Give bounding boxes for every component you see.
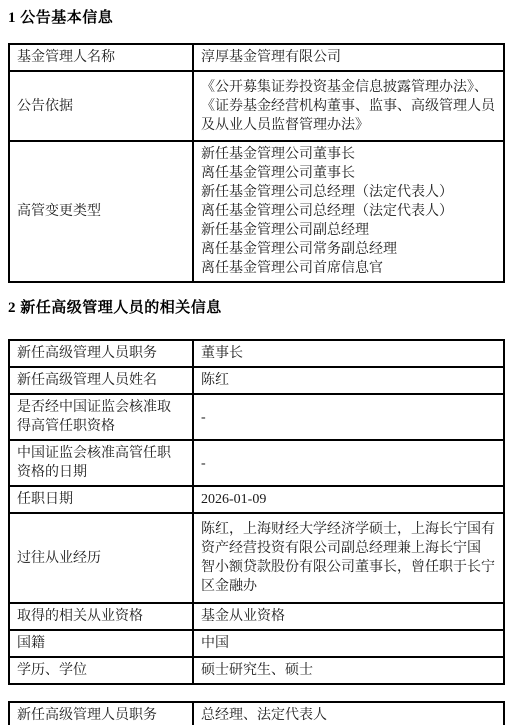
- table-row: 高管变更类型 新任基金管理公司董事长 离任基金管理公司董事长 新任基金管理公司总…: [9, 141, 504, 282]
- table-row: 学历、学位 硕士研究生、硕士: [9, 657, 504, 684]
- row-label-position: 新任高级管理人员职务: [9, 340, 193, 367]
- row-value-name: 陈红: [193, 367, 504, 394]
- row-label-work-experience: 过往从业经历: [9, 513, 193, 603]
- table-row: 新任高级管理人员职务 董事长: [9, 340, 504, 367]
- announcement-basic-info-table: 基金管理人名称 淳厚基金管理有限公司 公告依据 《公开募集证券投资基金信息披露管…: [8, 43, 505, 283]
- row-label-csrc-approval-date: 中国证监会核准高管任职 资格的日期: [9, 440, 193, 486]
- table-row: 中国证监会核准高管任职 资格的日期 -: [9, 440, 504, 486]
- table-row: 取得的相关从业资格 基金从业资格: [9, 603, 504, 630]
- table-row: 基金管理人名称 淳厚基金管理有限公司: [9, 44, 504, 71]
- second-new-executive-info-table: 新任高级管理人员职务 总经理、法定代表人: [8, 701, 505, 725]
- row-label-position-2: 新任高级管理人员职务: [9, 702, 193, 725]
- section-1-heading: 1 公告基本信息: [8, 10, 503, 27]
- table-row: 新任高级管理人员职务 总经理、法定代表人: [9, 702, 504, 725]
- section-2-heading: 2 新任高级管理人员的相关信息: [8, 300, 503, 317]
- row-value-position-2: 总经理、法定代表人: [193, 702, 504, 725]
- row-value-position: 董事长: [193, 340, 504, 367]
- row-value-nationality: 中国: [193, 630, 504, 657]
- row-label-fund-manager-name: 基金管理人名称: [9, 44, 193, 71]
- table-row: 过往从业经历 陈红，上海财经大学经济学硕士，上海长宁国有 资产经营投资有限公司副…: [9, 513, 504, 603]
- row-label-appointment-date: 任职日期: [9, 486, 193, 513]
- table-row: 国籍 中国: [9, 630, 504, 657]
- row-value-csrc-approval-date: -: [193, 440, 504, 486]
- row-value-csrc-approved: -: [193, 394, 504, 440]
- row-value-qualifications: 基金从业资格: [193, 603, 504, 630]
- row-label-executive-change-type: 高管变更类型: [9, 141, 193, 282]
- row-label-announcement-basis: 公告依据: [9, 71, 193, 141]
- document-page: 1 公告基本信息 基金管理人名称 淳厚基金管理有限公司 公告依据 《公开募集证券…: [0, 0, 512, 725]
- table-row: 是否经中国证监会核准取 得高管任职资格 -: [9, 394, 504, 440]
- row-value-executive-change-type: 新任基金管理公司董事长 离任基金管理公司董事长 新任基金管理公司总经理（法定代表…: [193, 141, 504, 282]
- row-value-announcement-basis: 《公开募集证券投资基金信息披露管理办法》、 《证券基金经营机构董事、监事、高级管…: [193, 71, 504, 141]
- row-value-appointment-date: 2026-01-09: [193, 486, 504, 513]
- table-row: 任职日期 2026-01-09: [9, 486, 504, 513]
- new-executive-info-table: 新任高级管理人员职务 董事长 新任高级管理人员姓名 陈红 是否经中国证监会核准取…: [8, 339, 505, 685]
- row-label-qualifications: 取得的相关从业资格: [9, 603, 193, 630]
- row-value-education: 硕士研究生、硕士: [193, 657, 504, 684]
- row-label-name: 新任高级管理人员姓名: [9, 367, 193, 394]
- row-label-education: 学历、学位: [9, 657, 193, 684]
- row-label-csrc-approved: 是否经中国证监会核准取 得高管任职资格: [9, 394, 193, 440]
- row-value-work-experience: 陈红，上海财经大学经济学硕士，上海长宁国有 资产经营投资有限公司副总经理兼上海长…: [193, 513, 504, 603]
- table-row: 公告依据 《公开募集证券投资基金信息披露管理办法》、 《证券基金经营机构董事、监…: [9, 71, 504, 141]
- row-label-nationality: 国籍: [9, 630, 193, 657]
- row-value-fund-manager-name: 淳厚基金管理有限公司: [193, 44, 504, 71]
- table-row: 新任高级管理人员姓名 陈红: [9, 367, 504, 394]
